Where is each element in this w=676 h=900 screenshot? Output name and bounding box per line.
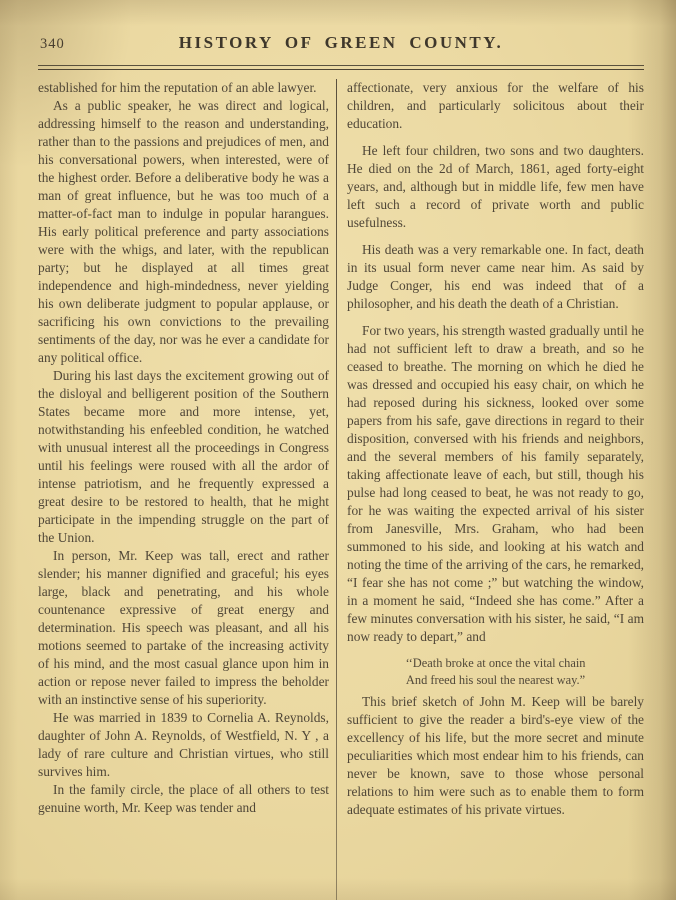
page-header: 340 HISTORY OF GREEN COUNTY. bbox=[38, 28, 644, 60]
paragraph: In person, Mr. Keep was tall, erect and … bbox=[38, 547, 329, 709]
header-rule bbox=[38, 65, 644, 70]
verse-quote: ‘‘Death broke at once the vital chain An… bbox=[347, 655, 644, 688]
paragraph: For two years, his strength wasted gradu… bbox=[347, 322, 644, 646]
paragraph: His death was a very remarkable one. In … bbox=[347, 241, 644, 313]
paragraph: In the family circle, the place of all o… bbox=[38, 781, 329, 817]
page-number: 340 bbox=[40, 36, 65, 53]
paragraph: During his last days the excitement grow… bbox=[38, 367, 329, 547]
paragraph: established for him the reputation of an… bbox=[38, 79, 329, 97]
paragraph: He was married in 1839 to Cornelia A. Re… bbox=[38, 709, 329, 781]
text-columns: established for him the reputation of an… bbox=[38, 79, 644, 900]
verse-line: ‘‘Death broke at once the vital chain bbox=[347, 655, 644, 672]
page-content: 340 HISTORY OF GREEN COUNTY. established… bbox=[38, 28, 644, 900]
page-title: HISTORY OF GREEN COUNTY. bbox=[38, 28, 644, 53]
right-column: affectionate, very anxious for the welfa… bbox=[347, 79, 644, 900]
column-divider bbox=[336, 79, 337, 900]
book-page: 340 HISTORY OF GREEN COUNTY. established… bbox=[0, 0, 676, 900]
left-column: established for him the reputation of an… bbox=[38, 79, 329, 900]
paragraph: This brief sketch of John M. Keep will b… bbox=[347, 693, 644, 819]
paragraph: As a public speaker, he was direct and l… bbox=[38, 97, 329, 367]
paragraph: He left four children, two sons and two … bbox=[347, 142, 644, 232]
verse-line: And freed his soul the nearest way.” bbox=[347, 672, 644, 689]
paragraph: affectionate, very anxious for the welfa… bbox=[347, 79, 644, 133]
